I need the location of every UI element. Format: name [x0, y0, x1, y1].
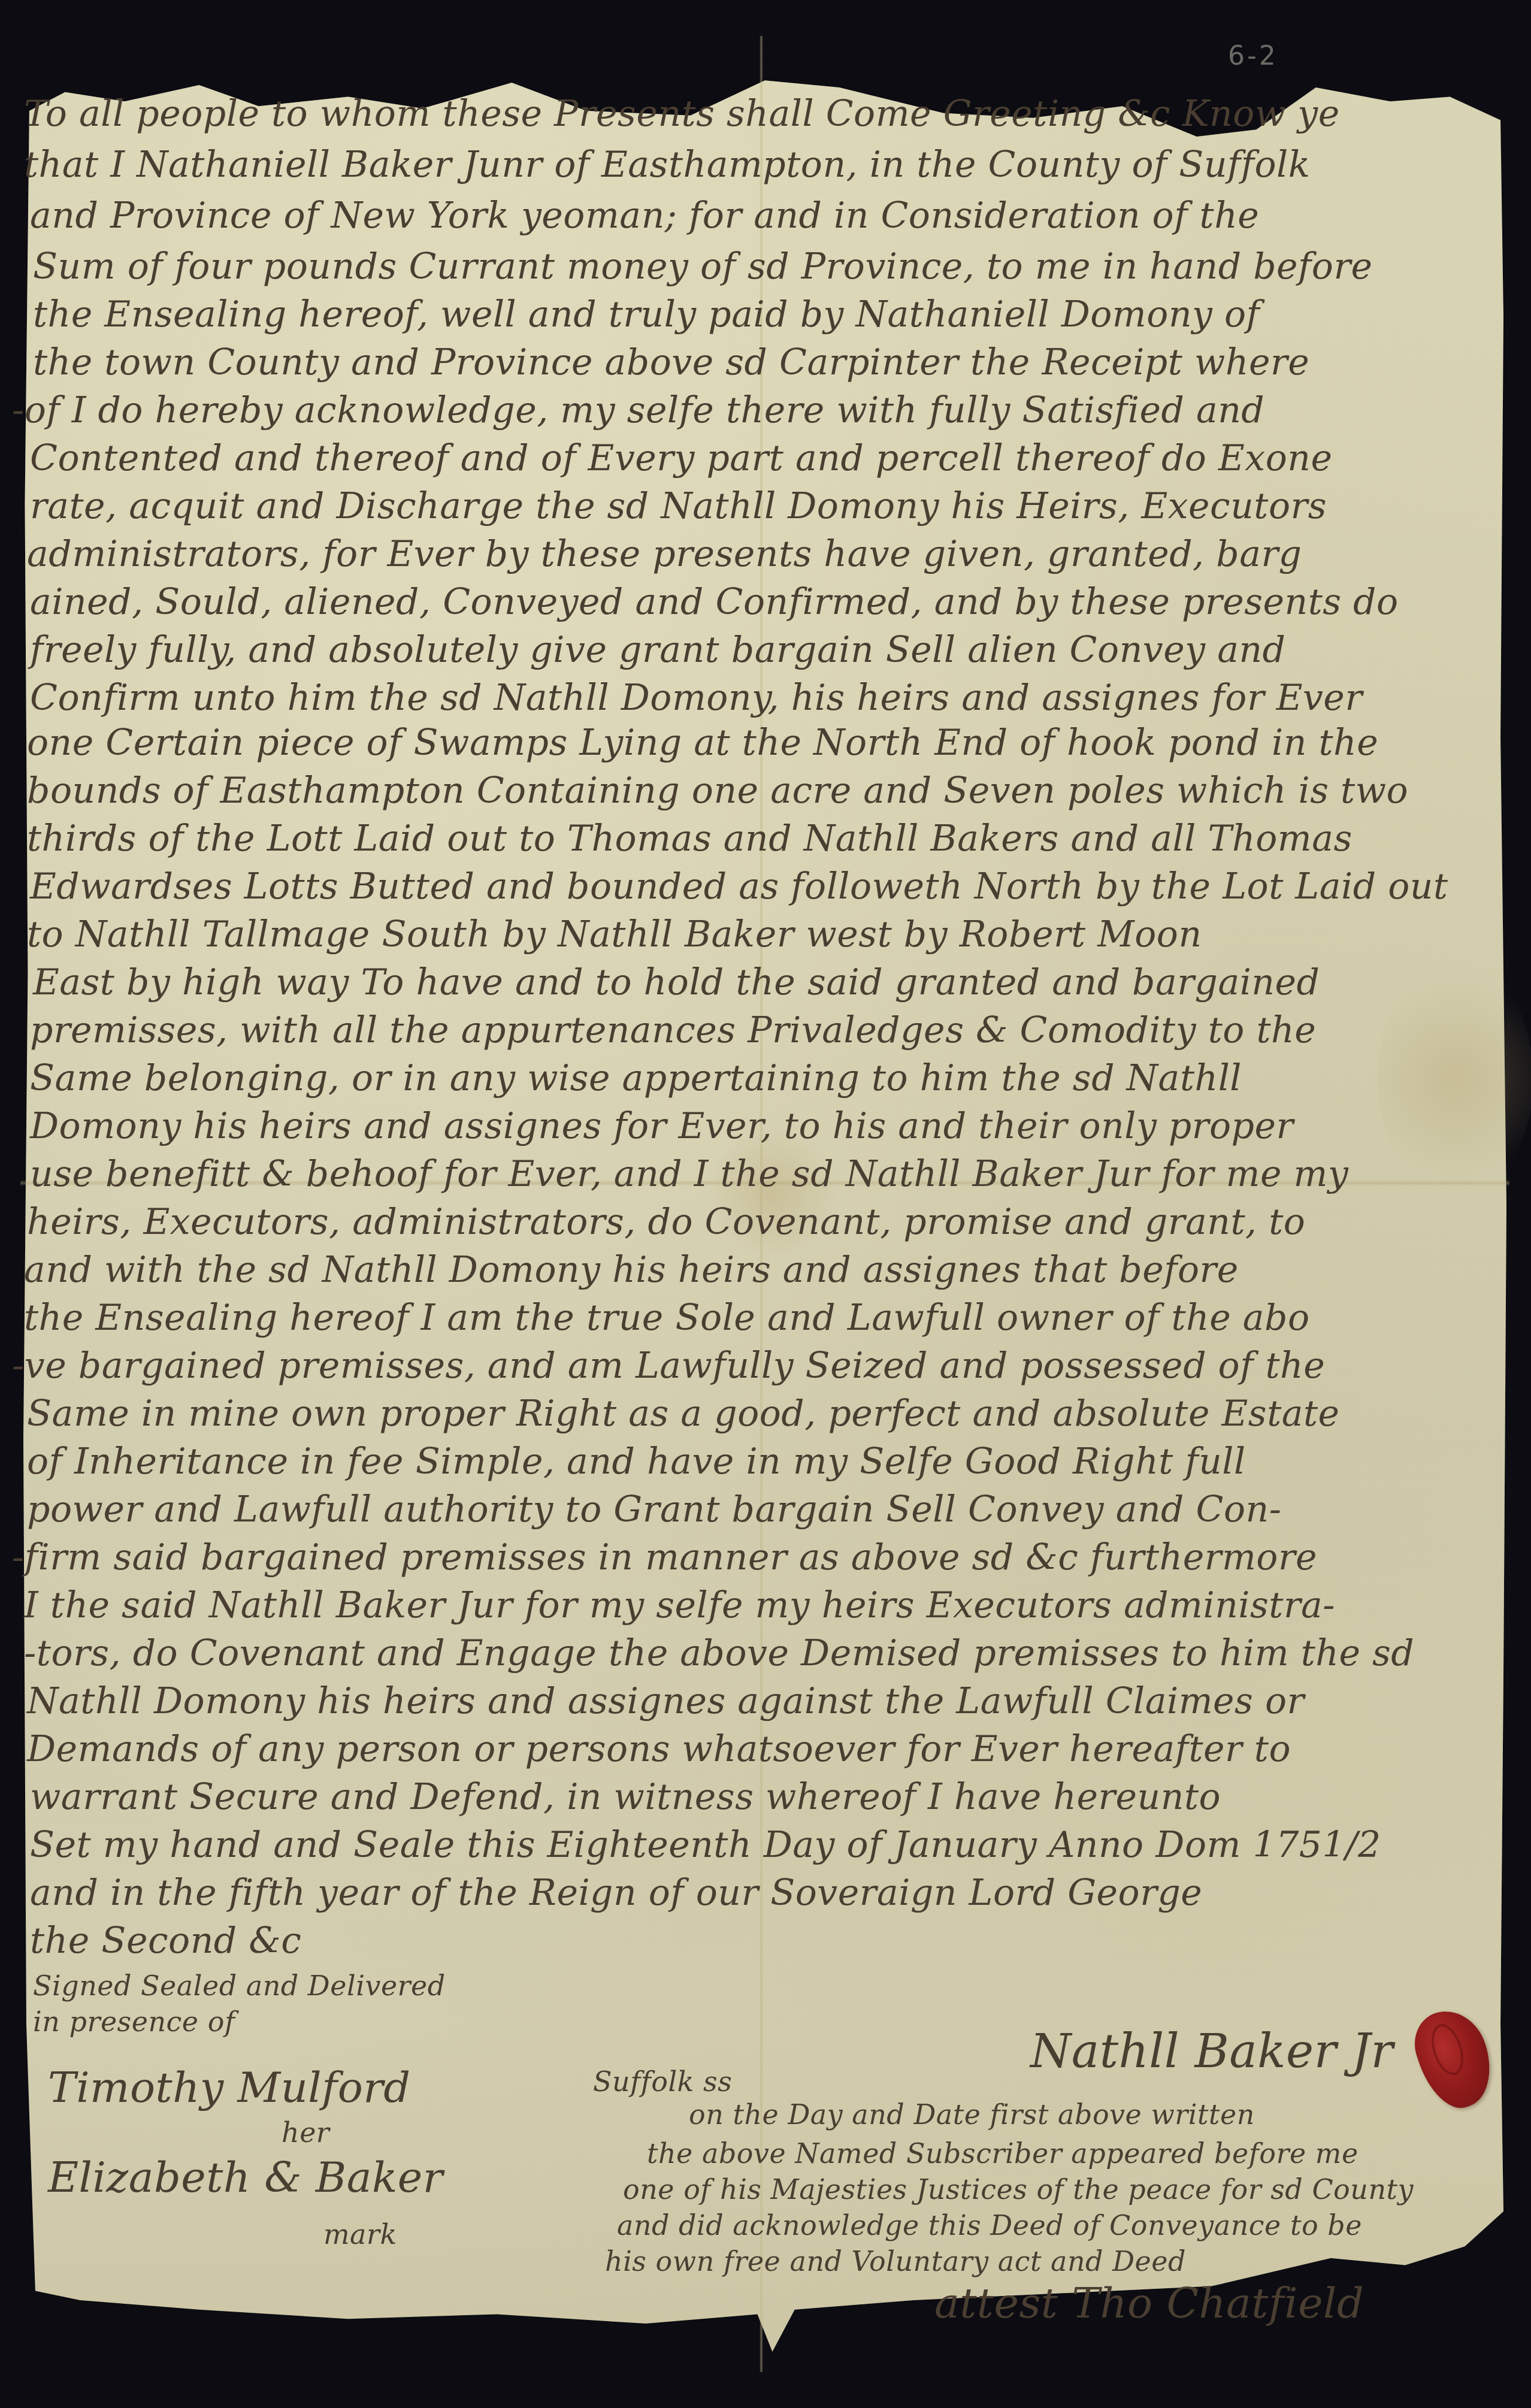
deed-line: to Nathll Tallmage South by Nathll Baker…	[27, 910, 1202, 958]
deed-line: of Inheritance in fee Simple, and have i…	[27, 1438, 1246, 1486]
deed-line: ained, Sould, aliened, Conveyed and Conf…	[30, 578, 1399, 626]
deed-line: Sum of four pounds Currant money of sd P…	[33, 243, 1373, 291]
deed-line: use benefitt & behoof for Ever, and I th…	[30, 1150, 1348, 1198]
deed-line: Domony his heirs and assignes for Ever, …	[30, 1102, 1294, 1150]
deed-line: To all people to whom these Presents sha…	[24, 90, 1340, 138]
deed-line: I the said Nathll Baker Jur for my selfe…	[24, 1581, 1335, 1629]
deed-line: the Second &c	[30, 1917, 301, 1965]
acknowledgment-line: and did acknowledge this Deed of Conveya…	[617, 2207, 1362, 2243]
deed-line: Contented and thereof and of Every part …	[30, 434, 1332, 482]
deed-line: that I Nathaniell Baker Junr of Easthamp…	[24, 141, 1311, 189]
witness-mark-label: mark	[323, 2216, 397, 2252]
deed-line: rate, acquit and Discharge the sd Nathll…	[30, 482, 1327, 530]
deed-line: -of I do hereby acknowledge, my selfe th…	[12, 386, 1264, 434]
witness-heading-presence: in presence of	[33, 2004, 235, 2040]
deed-line: the Ensealing hereof I am the true Sole …	[24, 1294, 1310, 1342]
deed-line: and with the sd Nathll Domony his heirs …	[24, 1246, 1239, 1294]
deed-line: bounds of Easthampton Containing one acr…	[27, 767, 1408, 815]
page-number-mark: 6-2	[1228, 41, 1278, 71]
deed-line: the Ensealing hereof, well and truly pai…	[33, 291, 1260, 338]
deed-line: and in the fifth year of the Reign of ou…	[30, 1869, 1202, 1917]
deed-line: and Province of New York yeoman; for and…	[30, 192, 1259, 240]
witness-heading: Signed Sealed and Delivered	[33, 1968, 446, 2004]
witness-her-label: her	[282, 2114, 329, 2150]
deed-line: power and Lawfull authority to Grant bar…	[27, 1486, 1281, 1533]
acknowledgment-line: on the Day and Date first above written	[689, 2097, 1255, 2132]
deed-line: Same belonging, or in any wise appertain…	[30, 1054, 1242, 1102]
witness-signature-baker: Elizabeth & Baker	[48, 2150, 443, 2204]
deed-line: East by high way To have and to hold the…	[33, 958, 1320, 1006]
acknowledgment-line: his own free and Voluntary act and Deed	[605, 2243, 1186, 2279]
attesting-justice-signature: attest Tho Chatfield	[934, 2276, 1364, 2330]
deed-line: Nathll Domony his heirs and assignes aga…	[27, 1677, 1305, 1725]
witness-signature-mulford: Timothy Mulford	[48, 2061, 411, 2114]
grantor-signature: Nathll Baker Jr	[1030, 2025, 1393, 2079]
deed-line: warrant Secure and Defend, in witness wh…	[30, 1773, 1221, 1821]
deed-line: -firm said bargained premisses in manner…	[12, 1533, 1317, 1581]
deed-line: one Certain piece of Swamps Lying at the…	[27, 719, 1378, 767]
deed-line: Confirm unto him the sd Nathll Domony, h…	[30, 674, 1363, 722]
deed-line: Set my hand and Seale this Eighteenth Da…	[30, 1821, 1381, 1869]
deed-line: the town County and Province above sd Ca…	[33, 338, 1309, 386]
deed-line: freely fully, and absolutely give grant …	[30, 626, 1285, 674]
deed-line: thirds of the Lott Laid out to Thomas an…	[27, 815, 1353, 863]
deed-line: administrators, for Ever by these presen…	[27, 530, 1302, 578]
deed-line: Demands of any person or persons whatsoe…	[27, 1725, 1291, 1773]
deed-line: -ve bargained premisses, and am Lawfully…	[12, 1342, 1325, 1390]
deed-line: Same in mine own proper Right as a good,…	[27, 1390, 1340, 1438]
acknowledgment-line: one of his Majesties Justices of the pea…	[623, 2171, 1414, 2207]
paper-stain	[1378, 958, 1531, 1198]
deed-line: heirs, Executors, administrators, do Cov…	[27, 1198, 1305, 1246]
deed-line: -tors, do Covenant and Engage the above …	[24, 1629, 1414, 1677]
deed-line: premisses, with all the appurtenances Pr…	[30, 1006, 1316, 1054]
acknowledgment-line: the above Named Subscriber appeared befo…	[647, 2135, 1358, 2171]
acknowledgment-county: Suffolk ss	[593, 2064, 732, 2100]
deed-line: Edwardses Lotts Butted and bounded as fo…	[30, 863, 1448, 910]
